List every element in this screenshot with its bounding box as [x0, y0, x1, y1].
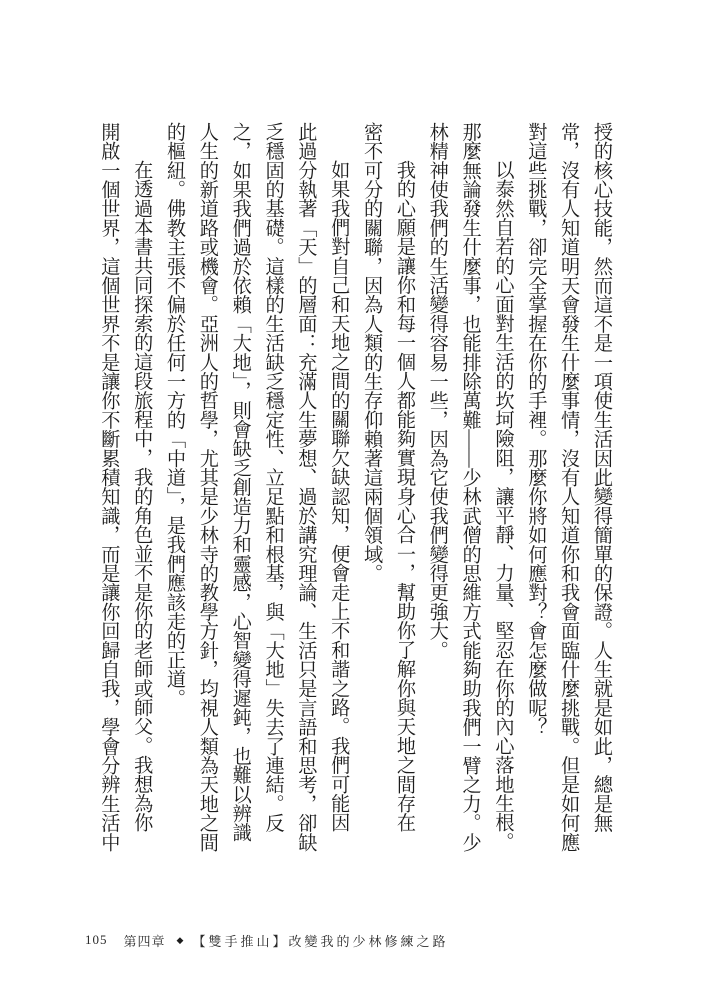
text-column-10: 此過分執著「天」的層面：充滿人生夢想、過於講究理論、生活只是言語和思考，卻缺 [289, 122, 322, 852]
text-column-11: 乏穩固的基礎。這樣的生活缺乏穩定性、立足點和根基，與「大地」失去了連結。反 [256, 122, 289, 852]
diamond-icon: ◆ [177, 936, 184, 945]
page-footer: 105 第四章 ◆ 【雙手推山】改變我的少林修練之路 [85, 930, 448, 950]
chapter-label: 第四章 [124, 931, 166, 950]
text-column-12: 之，如果我們過於依賴「大地」，則會缺乏創造力和靈感，心智變得遲鈍，也難以辨識 [223, 122, 256, 852]
text-column-2: 常，沒有人知道明天會發生什麼事情，沒有人知道你和我會面臨什麼挑戰。但是如何應 [551, 122, 584, 852]
text-column-6: 林精神使我們的生活變得容易一些，因為它使我們變得更強大。 [420, 122, 453, 852]
text-column-8: 密不可分的關聯，因為人類的生存仰賴著這兩個領域。 [354, 122, 387, 852]
text-column-13: 人生的新道路或機會。亞洲人的哲學，尤其是少林寺的教學方針，均視人類為天地之間 [190, 122, 223, 852]
text-column-9: 如果我們對自己和天地之間的關聯欠缺認知，便會走上不和諧之路。我們可能因 [321, 122, 354, 852]
text-column-7: 我的心願是讓你和每一個人都能夠實現身心合一，幫助你了解你與天地之間存在 [387, 122, 420, 852]
text-column-4: 以泰然自若的心面對生活的坎坷險阻，讓平靜、力量、堅忍在你的內心落地生根。 [486, 122, 519, 852]
text-column-5: 那麼無論發生什麼事，也能排除萬難——少林武僧的思維方式能夠助我們一臂之力。少 [453, 122, 486, 852]
text-column-14: 的樞紐。佛教主張不偏於任何一方的「中道」，是我們應該走的正道。 [157, 122, 190, 852]
book-page: 授的核心技能，然而這不是一項使生活因此變得簡單的保證。人生就是如此，總是無常，沒… [0, 0, 711, 1000]
page-number: 105 [85, 932, 108, 948]
text-block: 授的核心技能，然而這不是一項使生活因此變得簡單的保證。人生就是如此，總是無常，沒… [92, 122, 618, 854]
text-column-1: 授的核心技能，然而這不是一項使生活因此變得簡單的保證。人生就是如此，總是無 [584, 122, 617, 852]
text-column-16: 開啟一個世界，這個世界不是讓你不斷累積知識，而是讓你回歸自我，學會分辨生活中 [92, 122, 125, 852]
text-column-15: 在透過本書共同探索的這段旅程中，我的角色並不是你的老師或師父。我想為你 [124, 122, 157, 852]
chapter-title: 【雙手推山】改變我的少林修練之路 [192, 931, 448, 950]
text-column-3: 對這些挑戰，卻完全掌握在你的手裡。那麼你將如何應對？會怎麼做呢？ [518, 122, 551, 852]
